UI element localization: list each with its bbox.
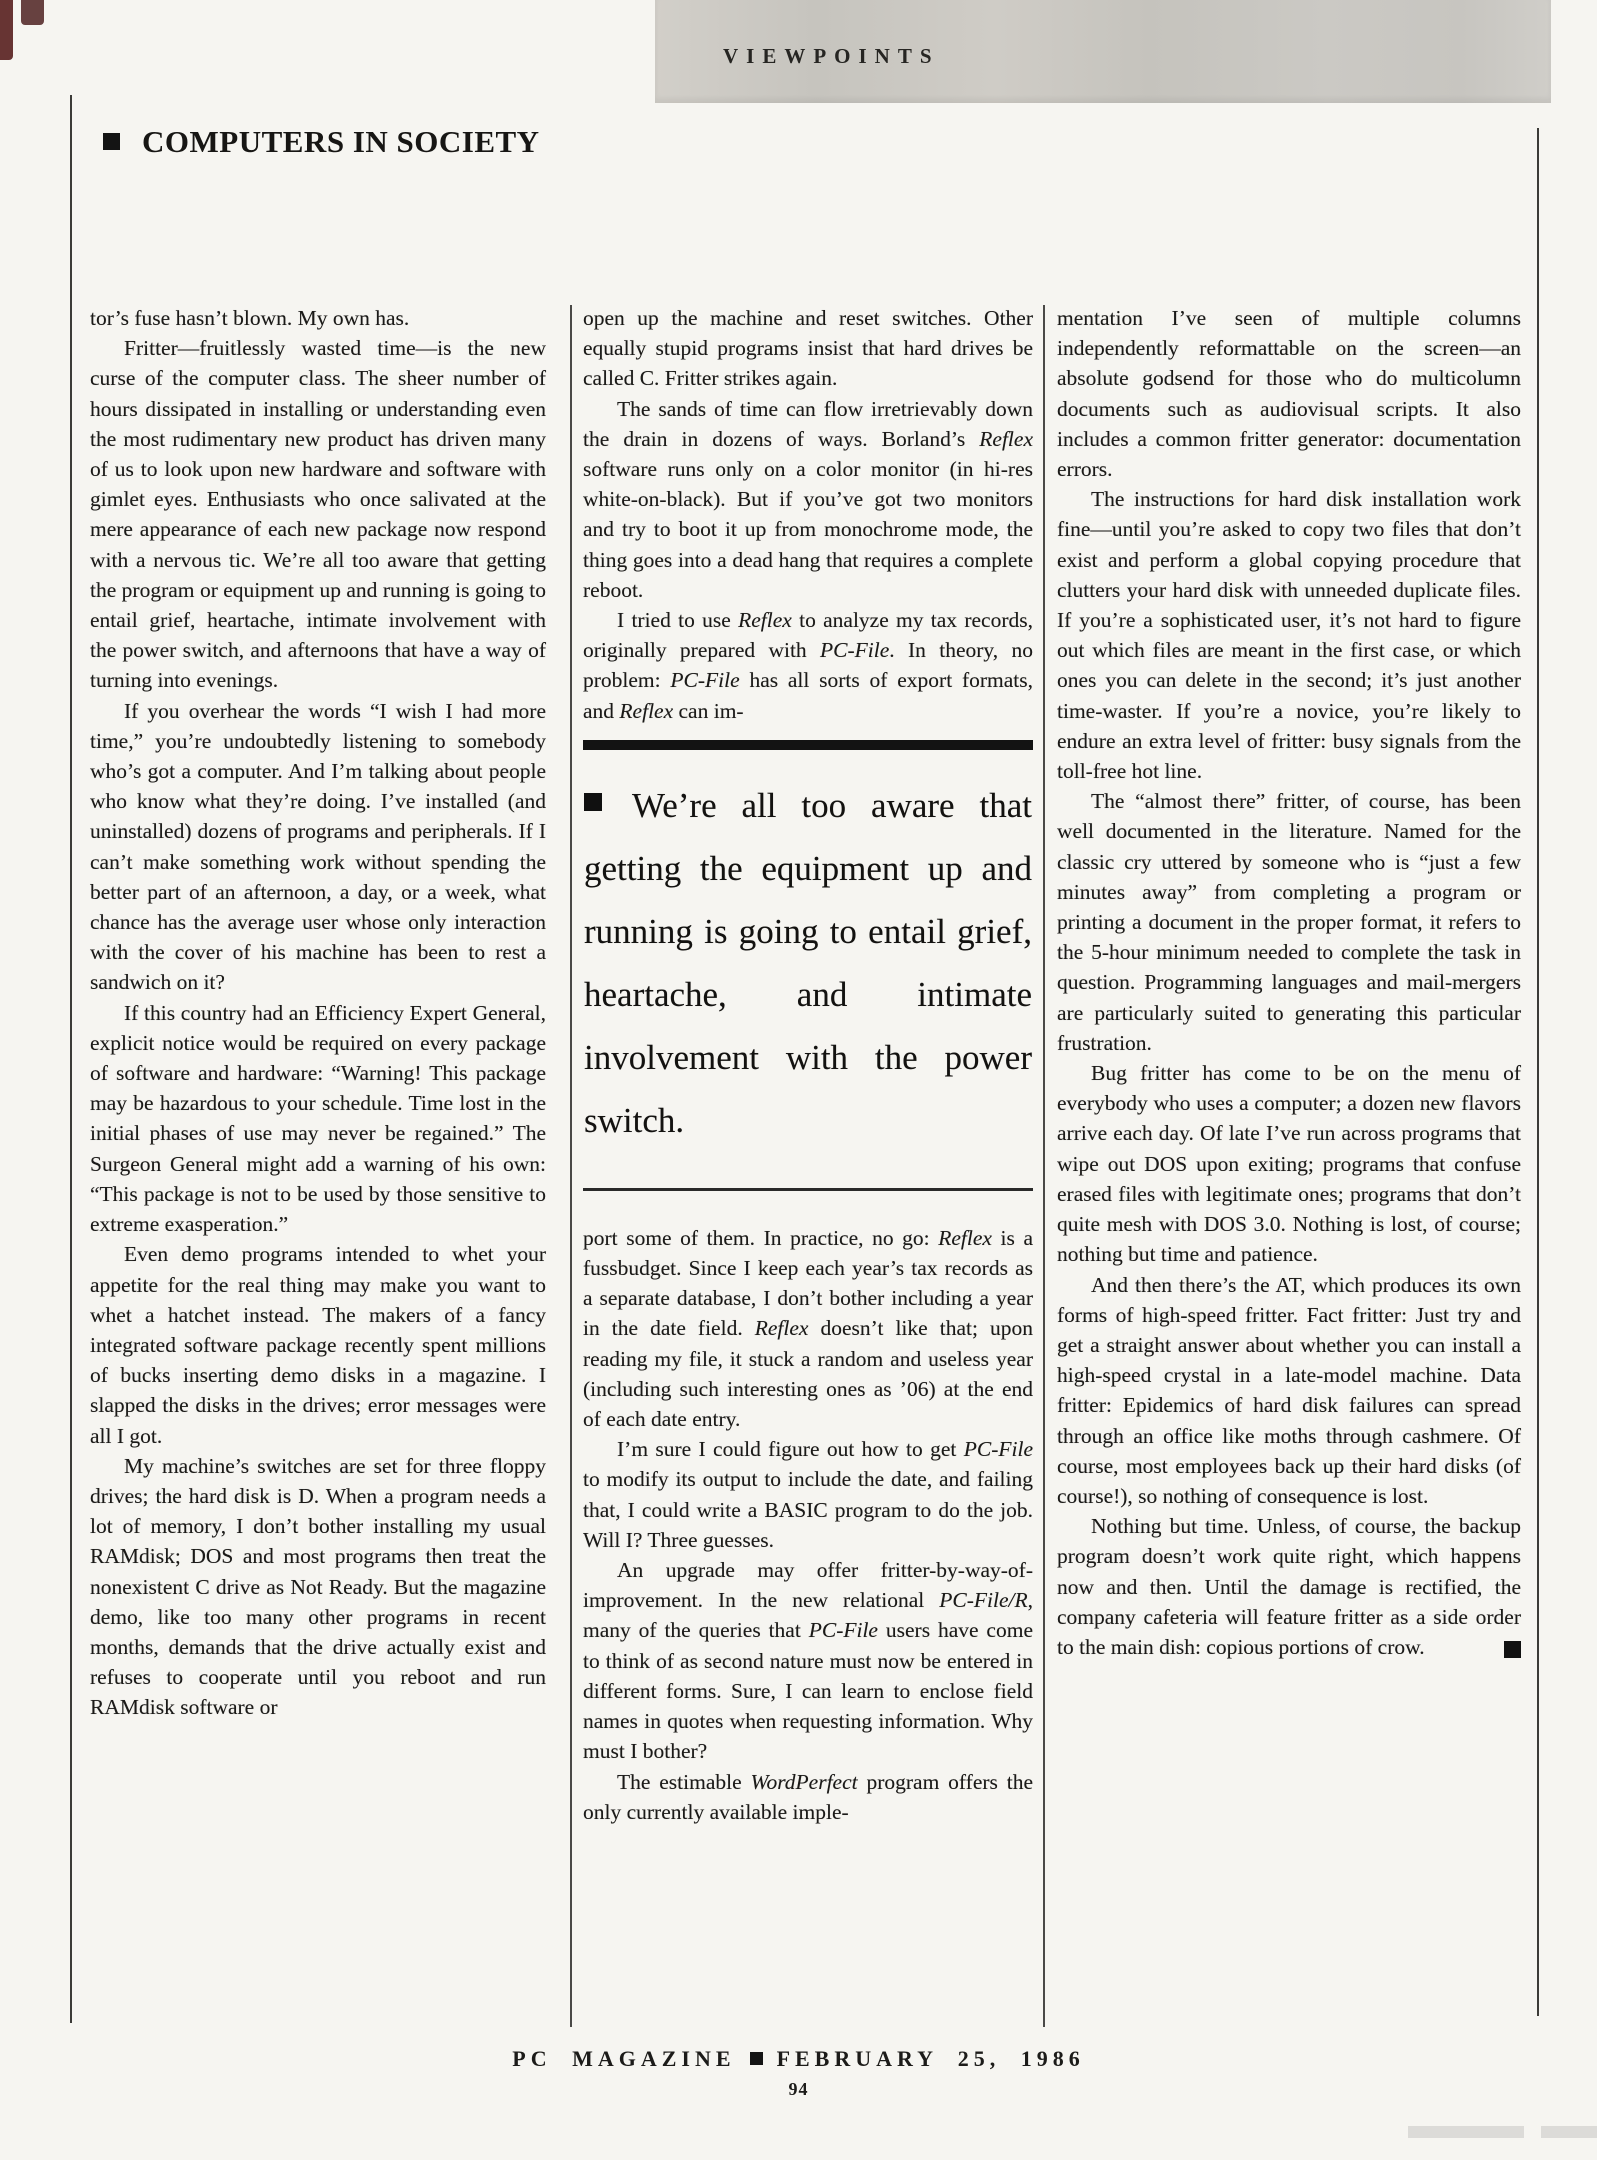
square-bullet-icon xyxy=(103,133,120,150)
paragraph: The sands of time can flow irretrievably… xyxy=(583,394,1033,605)
paragraph: Nothing but time. Unless, of course, the… xyxy=(1057,1511,1521,1662)
paragraph: port some of them. In practice, no go: R… xyxy=(583,1223,1033,1434)
magazine-page: VIEWPOINTS COMPUTERS IN SOCIETY tor’s fu… xyxy=(0,0,1597,2160)
column-divider xyxy=(1043,305,1045,2027)
paragraph: If you overhear the words “I wish I had … xyxy=(90,696,546,998)
scan-artifact xyxy=(21,0,44,25)
square-bullet-icon xyxy=(584,793,602,811)
paragraph: The instructions for hard disk installat… xyxy=(1057,484,1521,786)
paragraph: An upgrade may offer fritter-by-way-of-i… xyxy=(583,1555,1033,1766)
paragraph: My machine’s switches are set for three … xyxy=(90,1451,546,1723)
section-title: VIEWPOINTS xyxy=(723,44,940,69)
column-2-upper-text: open up the machine and reset switches. … xyxy=(583,303,1033,726)
paragraph: The estimable WordPerfect program offers… xyxy=(583,1767,1033,1827)
article-heading: COMPUTERS IN SOCIETY xyxy=(103,124,540,160)
paragraph: open up the machine and reset switches. … xyxy=(583,303,1033,394)
column-1: tor’s fuse hasn’t blown. My own has.Frit… xyxy=(90,303,546,1723)
paragraph: mentation I’ve seen of multiple columns … xyxy=(1057,303,1521,484)
pull-quote: We’re all too aware that getting the equ… xyxy=(583,740,1033,1191)
paragraph: Bug fritter has come to be on the menu o… xyxy=(1057,1058,1521,1269)
paragraph: I tried to use Reflex to analyze my tax … xyxy=(583,605,1033,726)
column-3: mentation I’ve seen of multiple columns … xyxy=(1057,303,1521,1662)
column-2: open up the machine and reset switches. … xyxy=(583,303,1033,1827)
page-number: 94 xyxy=(0,2079,1597,2100)
paragraph: The “almost there” fritter, of course, h… xyxy=(1057,786,1521,1058)
square-bullet-icon xyxy=(750,2052,763,2065)
scan-artifact xyxy=(1408,2126,1524,2138)
paragraph: And then there’s the AT, which produces … xyxy=(1057,1270,1521,1512)
footer-line: PC MAGAZINEFEBRUARY 25, 1986 xyxy=(0,2046,1597,2072)
section-banner: VIEWPOINTS xyxy=(655,0,1551,103)
page-footer: PC MAGAZINEFEBRUARY 25, 1986 94 xyxy=(0,2046,1597,2100)
paragraph: Even demo programs intended to whet your… xyxy=(90,1239,546,1450)
paragraph: tor’s fuse hasn’t blown. My own has. xyxy=(90,303,546,333)
column-divider xyxy=(570,305,572,2027)
paragraph: Fritter—fruitlessly wasted time—is the n… xyxy=(90,333,546,695)
paragraph: If this country had an Efficiency Expert… xyxy=(90,998,546,1240)
page-border-left xyxy=(70,95,72,2023)
end-of-article-icon xyxy=(1504,1641,1521,1658)
pull-quote-text: We’re all too aware that getting the equ… xyxy=(584,786,1032,1140)
column-2-lower-text: port some of them. In practice, no go: R… xyxy=(583,1223,1033,1827)
scan-artifact xyxy=(0,0,13,60)
magazine-name: PC MAGAZINE xyxy=(512,2046,735,2071)
page-title: COMPUTERS IN SOCIETY xyxy=(142,124,540,159)
scan-artifact xyxy=(1541,2126,1597,2138)
page-border-right xyxy=(1537,128,1539,2016)
issue-date: FEBRUARY 25, 1986 xyxy=(777,2046,1085,2071)
paragraph: I’m sure I could figure out how to get P… xyxy=(583,1434,1033,1555)
